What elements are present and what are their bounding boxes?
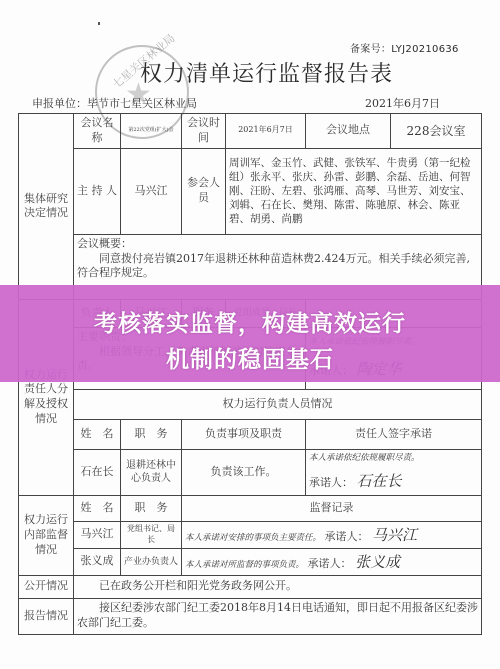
meeting-name: 第22次党组(扩大)会 — [121, 114, 182, 149]
filing-number: 备案号：LYJ20210636 — [350, 40, 459, 55]
record-cell: 本人承诺对安排的事项负主要责任。 承诺人： 马兴江 — [182, 521, 482, 548]
col-name: 姓 名 — [74, 419, 121, 449]
document-title: 权力清单运行监督报告表 — [140, 57, 393, 88]
speck — [98, 22, 100, 25]
person-duty: 负责该工作。 — [182, 449, 306, 495]
person-promise-cell: 本人承诺依纪依规履职尽责。 承诺人： 石在长 — [306, 449, 482, 495]
meeting-name-label: 会议名称 — [74, 114, 121, 149]
section-internal-supervision-label: 权力运行内部监督情况 — [19, 495, 74, 575]
person-name: 石在长 — [74, 449, 121, 495]
supervisor-name: 马兴江 — [74, 521, 121, 548]
col-duty: 负责事项及职责 — [182, 419, 306, 449]
col-record: 监督记录 — [182, 495, 482, 521]
table-row: 石在长 退耕还林中心负责人 负责该工作。 本人承诺依纪依规履职尽责。 承诺人： … — [19, 449, 482, 495]
col-signature: 责任人签字承诺 — [306, 419, 482, 449]
disclosure-text: 已在政务公开栏和阳光党务政务网公开。 — [74, 575, 482, 598]
meeting-place-label: 会议地点 — [306, 114, 391, 149]
supervisor-position: 党组书记、局长 — [121, 521, 182, 548]
col-name: 姓 名 — [74, 495, 121, 521]
reporting-unit: 申报单位：毕节市七星关区林业局 — [32, 95, 197, 111]
summary-label: 会议概要： — [77, 237, 478, 252]
signature: 马兴江 — [372, 526, 417, 544]
supervisor-name: 张义成 — [74, 548, 121, 575]
attendees-list: 周训军、金玉竹、武健、张铁军、牛贵勇（第一纪检组）张永平、张庆、孙雷、彭鹏、余磊… — [226, 148, 482, 234]
signature: 张义成 — [355, 553, 400, 571]
host-label: 主 持 人 — [74, 148, 121, 234]
attendees-label: 参会人员 — [182, 148, 226, 234]
table-row: 马兴江 党组书记、局长 本人承诺对安排的事项负主要责任。 承诺人： 马兴江 — [19, 521, 482, 548]
host-name: 马兴江 — [121, 148, 182, 234]
col-position: 职 务 — [121, 419, 182, 449]
record-text: 本人承诺对所监督的事项负责。 — [185, 560, 304, 570]
promise-label: 承诺人： — [325, 530, 369, 543]
meeting-place: 228会议室 — [391, 114, 482, 149]
headline-line-1: 考核落实监督，构建高效运行 — [0, 305, 500, 338]
summary-text: 同意拨付亮岩镇2017年退耕还林种苗造林费2.424万元。相关手续必须完善,符合… — [77, 252, 478, 282]
report-text: 接区纪委涉农部门纪工委2018年8月14日电话通知，即日起不用报备区纪委涉农部门… — [74, 598, 482, 634]
promise-label: 承诺人： — [309, 476, 353, 489]
section-disclosure-label: 公开情况 — [19, 575, 74, 598]
signature: 石在长 — [357, 472, 402, 490]
person-position: 退耕还林中心负责人 — [121, 449, 182, 495]
report-date: 2021年6月7日 — [365, 95, 440, 111]
section-collective-decision-label: 集体研究决定情况 — [19, 114, 74, 300]
table-row: 张义成 产业办负责人 本人承诺对所监督的事项负责。 承诺人： 张义成 — [19, 548, 482, 575]
headline-line-2: 机制的稳固基石 — [0, 341, 500, 374]
supervisor-position: 产业办负责人 — [121, 548, 182, 575]
section-report-label: 报告情况 — [19, 598, 74, 634]
record-cell: 本人承诺对所监督的事项负责。 承诺人： 张义成 — [182, 548, 482, 575]
meeting-time: 2021年6月7日 — [226, 114, 306, 149]
responsible-persons-subheader: 权力运行负责人员情况 — [74, 389, 482, 419]
meeting-time-label: 会议时间 — [182, 114, 226, 149]
promise-text: 本人承诺依纪依规履职尽责。 — [309, 453, 478, 464]
col-position: 职 务 — [121, 495, 182, 521]
promise-label: 承诺人： — [308, 557, 352, 570]
record-text: 本人承诺对安排的事项负主要责任。 — [185, 533, 321, 543]
